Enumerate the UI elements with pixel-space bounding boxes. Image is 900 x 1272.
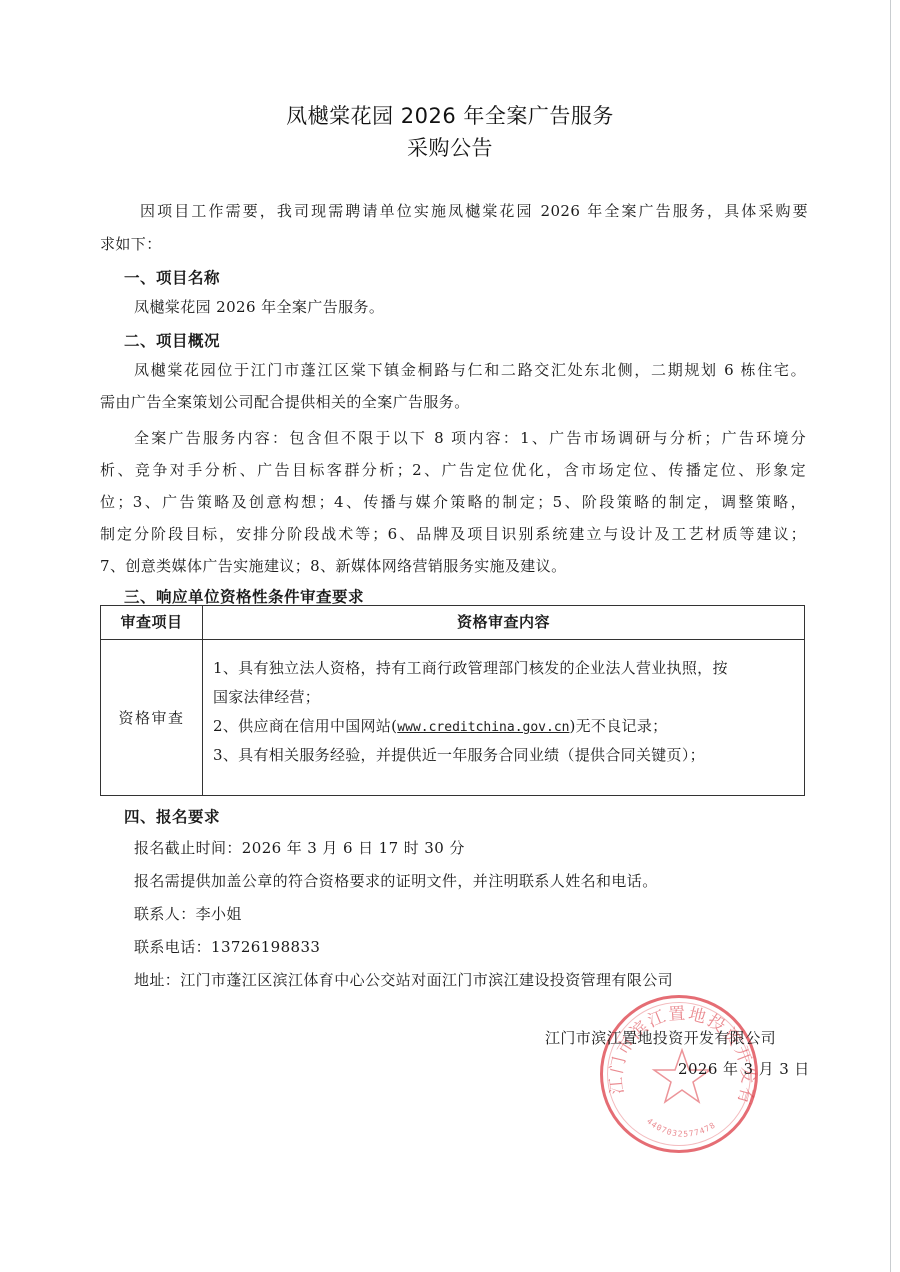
requirement-text: )无不良记录； [569,717,667,735]
page-edge-line [890,0,891,1272]
requirement-line: 2、供应商在信用中国网站(www.creditchina.gov.cn)无不良记… [213,712,794,741]
document-subtitle: 采购公告 [0,132,900,162]
table-header-divider [101,639,804,640]
contact-person: 联系人：李小姐 [134,904,242,924]
services-line: 全案广告服务内容：包含但不限于以下 8 项内容：1、广告市场调研与分析；广告环境… [134,428,806,448]
section-heading-registration: 四、报名要求 [124,805,220,827]
table-cell-item-text: 资格审查 [118,707,184,728]
svg-text:4407032577478: 4407032577478 [645,1117,717,1139]
section-heading-project-name: 一、项目名称 [124,266,220,288]
project-name-text: 凤樾棠花园 2026 年全案广告服务。 [134,297,384,317]
requirement-text: 2、供应商在信用中国网站( [213,717,397,735]
intro-paragraph-line1: 因项目工作需要，我司现需聘请单位实施凤樾棠花园 2026 年全案广告服务，具体采… [140,201,808,221]
requirement-line: 1、具有独立法人资格，持有工商行政管理部门核发的企业法人营业执照，按 [213,654,794,683]
intro-paragraph-line2: 求如下： [100,234,162,254]
table-header-item: 审查项目 [101,606,202,639]
contact-phone: 联系电话：13726198833 [134,937,320,957]
services-line: 制定分阶段目标，安排分阶段战术等；6、品牌及项目识别系统建立与设计及工艺材质等建… [100,524,806,544]
document-title: 凤樾棠花园 2026 年全案广告服务 [0,100,900,130]
qualification-table: 审查项目 资格审查内容 资格审查 1、具有独立法人资格，持有工商行政管理部门核发… [100,605,805,796]
registration-deadline: 报名截止时间：2026 年 3 月 6 日 17 时 30 分 [134,838,465,858]
table-header-content: 资格审查内容 [203,606,804,639]
section-heading-project-overview: 二、项目概况 [124,329,220,351]
services-line: 7、创意类媒体广告实施建议；8、新媒体网络营销服务实施及建议。 [100,556,567,576]
signature-date: 2026 年 3 月 3 日 [678,1059,810,1079]
overview-line: 凤樾棠花园位于江门市蓬江区棠下镇金桐路与仁和二路交汇处东北侧，二期规划 6 栋住… [134,360,806,380]
registration-documents: 报名需提供加盖公章的符合资格要求的证明文件，并注明联系人姓名和电话。 [134,871,658,891]
contact-address: 地址：江门市蓬江区滨江体育中心公交站对面江门市滨江建设投资管理有限公司 [134,970,673,990]
creditchina-link[interactable]: www.creditchina.gov.cn [397,720,569,735]
table-cell-content: 1、具有独立法人资格，持有工商行政管理部门核发的企业法人营业执照，按 国家法律经… [213,654,794,770]
requirement-line: 国家法律经营； [213,683,794,712]
requirement-line: 3、具有相关服务经验，并提供近一年服务合同业绩（提供合同关键页）； [213,741,794,770]
signature-company: 江门市滨江置地投资开发有限公司 [545,1028,776,1048]
table-cell-item: 资格审查 [101,640,202,795]
services-line: 析、竞争对手分析、广告目标客群分析；2、广告定位优化，含市场定位、传播定位、形象… [100,460,806,480]
services-line: 位；3、广告策略及创意构想；4、传播与媒介策略的制定；5、阶段策略的制定，调整策… [100,492,806,512]
overview-line: 需由广告全案策划公司配合提供相关的全案广告服务。 [100,392,470,412]
section-heading-qualification: 三、响应单位资格性条件审查要求 [124,585,364,607]
seal-number: 4407032577478 [645,1117,717,1139]
